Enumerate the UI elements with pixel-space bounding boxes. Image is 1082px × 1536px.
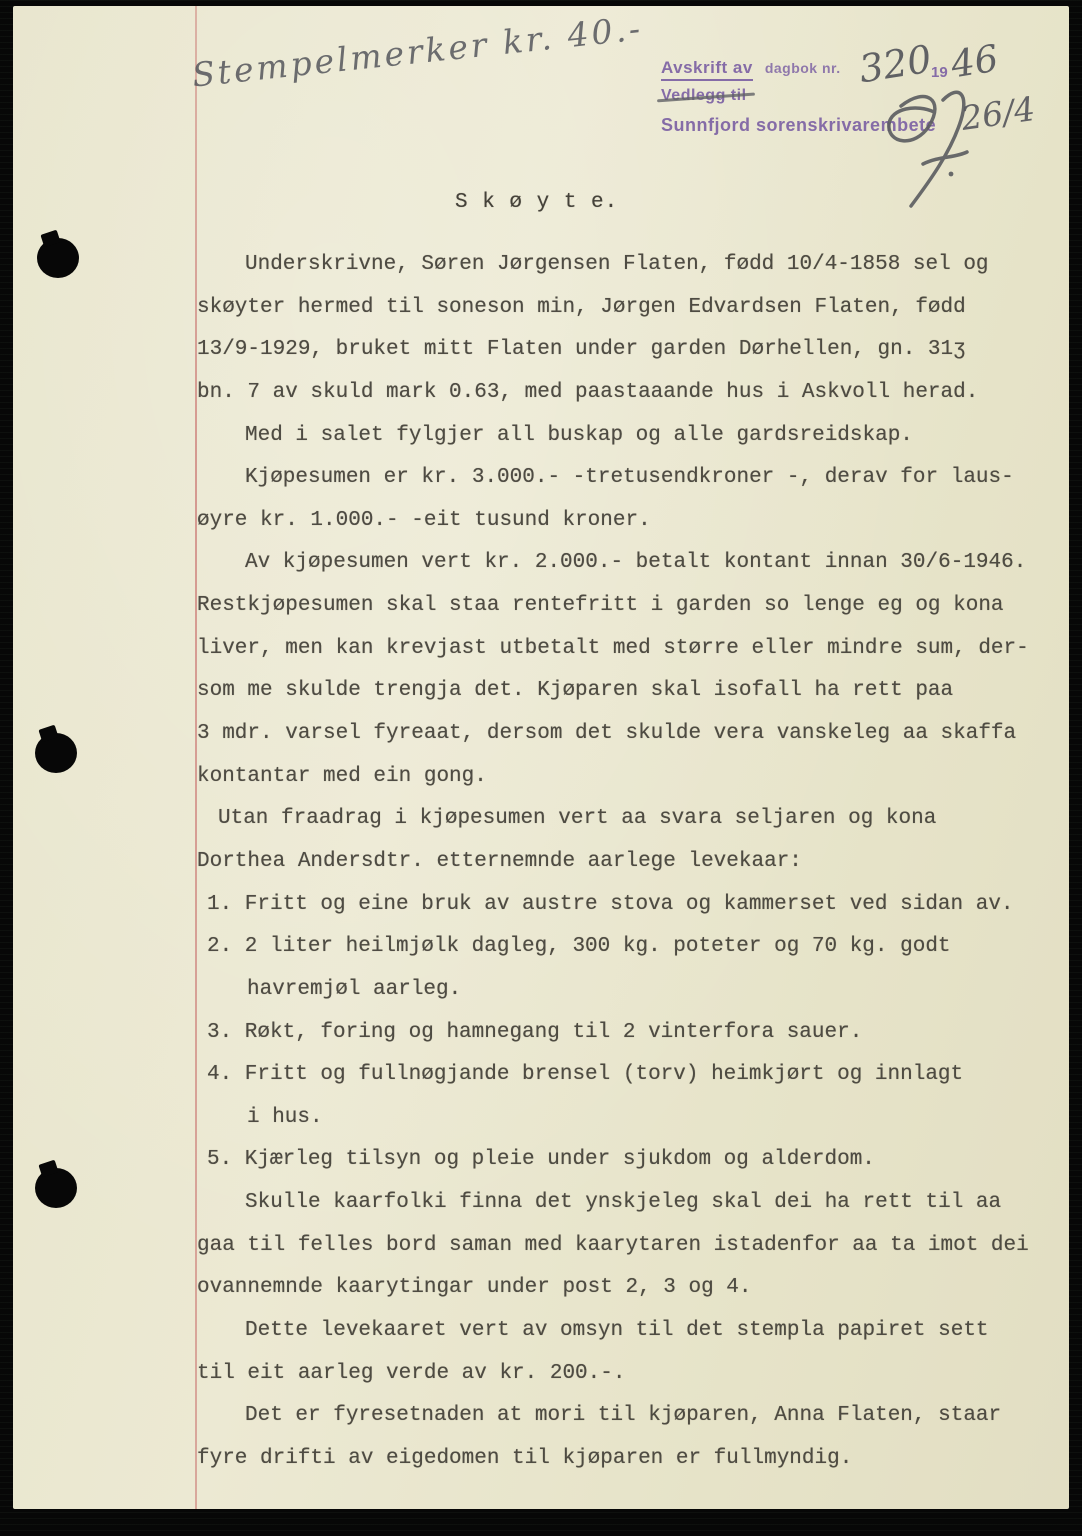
document-page: Stempelmerker kr. 40.- Avskrift av dagbo…: [13, 6, 1069, 1509]
typed-line: Utan fraadrag i kjøpesumen vert aa svara…: [197, 798, 1045, 841]
stamp-avskrift-label: Avskrift av: [661, 58, 753, 81]
typed-line: ovannemnde kaarytingar under post 2, 3 o…: [197, 1267, 1045, 1310]
typed-line: 13/9-1929, bruket mitt Flaten under gard…: [197, 329, 1045, 372]
typed-line: havremjøl aarleg.: [197, 969, 1045, 1012]
typed-line: øyre kr. 1.000.- -eit tusund kroner.: [197, 500, 1045, 543]
typed-line: Underskrivne, Søren Jørgensen Flaten, fø…: [197, 244, 1045, 287]
typed-line: bn. 7 av skuld mark 0.63, med paastaaand…: [197, 372, 1045, 415]
typed-line: Dorthea Andersdtr. etternemnde aarlege l…: [197, 841, 1045, 884]
typed-line: i hus.: [197, 1097, 1045, 1140]
typed-line: Dette levekaaret vert av omsyn til det s…: [197, 1310, 1045, 1353]
punch-hole: [37, 238, 79, 278]
typed-line: Det er fyresetnaden at mori til kjøparen…: [197, 1395, 1045, 1438]
typed-line: Kjøpesumen er kr. 3.000.- -tretusendkron…: [197, 457, 1045, 500]
typed-line: Med i salet fylgjer all buskap og alle g…: [197, 415, 1045, 458]
punch-hole: [35, 1168, 77, 1208]
document-title: S k ø y t e.: [197, 188, 1045, 244]
scan-background: Stempelmerker kr. 40.- Avskrift av dagbo…: [0, 0, 1082, 1536]
typed-line: Restkjøpesumen skal staa rentefritt i ga…: [197, 585, 1045, 628]
typed-line: 4. Fritt og fullnøgjande brensel (torv) …: [197, 1054, 1045, 1097]
typed-line: gaa til felles bord saman med kaarytaren…: [197, 1225, 1045, 1268]
typed-line: kontantar med ein gong.: [197, 756, 1045, 799]
typed-line: Skulle kaarfolki finna det ynskjeleg ska…: [197, 1182, 1045, 1225]
typed-line: 2. 2 liter heilmjølk dagleg, 300 kg. pot…: [197, 926, 1045, 969]
stamp-vedlegg-struck-label: Vedlegg til: [661, 87, 747, 105]
typed-line: Av kjøpesumen vert kr. 2.000.- betalt ko…: [197, 542, 1045, 585]
handwritten-fee-note: Stempelmerker kr. 40.-: [190, 8, 645, 94]
typed-lines: Underskrivne, Søren Jørgensen Flaten, fø…: [197, 244, 1045, 1481]
typed-line: skøyter hermed til soneson min, Jørgen E…: [197, 287, 1045, 330]
typed-line: liver, men kan krevjast utbetalt med stø…: [197, 628, 1045, 671]
typed-line: som me skulde trengja det. Kjøparen skal…: [197, 670, 1045, 713]
typed-line: fyre drifti av eigedomen til kjøparen er…: [197, 1438, 1045, 1481]
typed-line: til eit aarleg verde av kr. 200.-.: [197, 1353, 1045, 1396]
typed-line: 3 mdr. varsel fyreaat, dersom det skulde…: [197, 713, 1045, 756]
typed-text: S k ø y t e. Underskrivne, Søren Jørgens…: [197, 188, 1045, 1481]
stamp-dagbok-label: dagbok nr.: [765, 60, 841, 76]
typed-line: 3. Røkt, foring og hamnegang til 2 vinte…: [197, 1012, 1045, 1055]
typed-line: 1. Fritt og eine bruk av austre stova og…: [197, 884, 1045, 927]
punch-hole: [35, 733, 77, 773]
typed-line: 5. Kjærleg tilsyn og pleie under sjukdom…: [197, 1139, 1045, 1182]
